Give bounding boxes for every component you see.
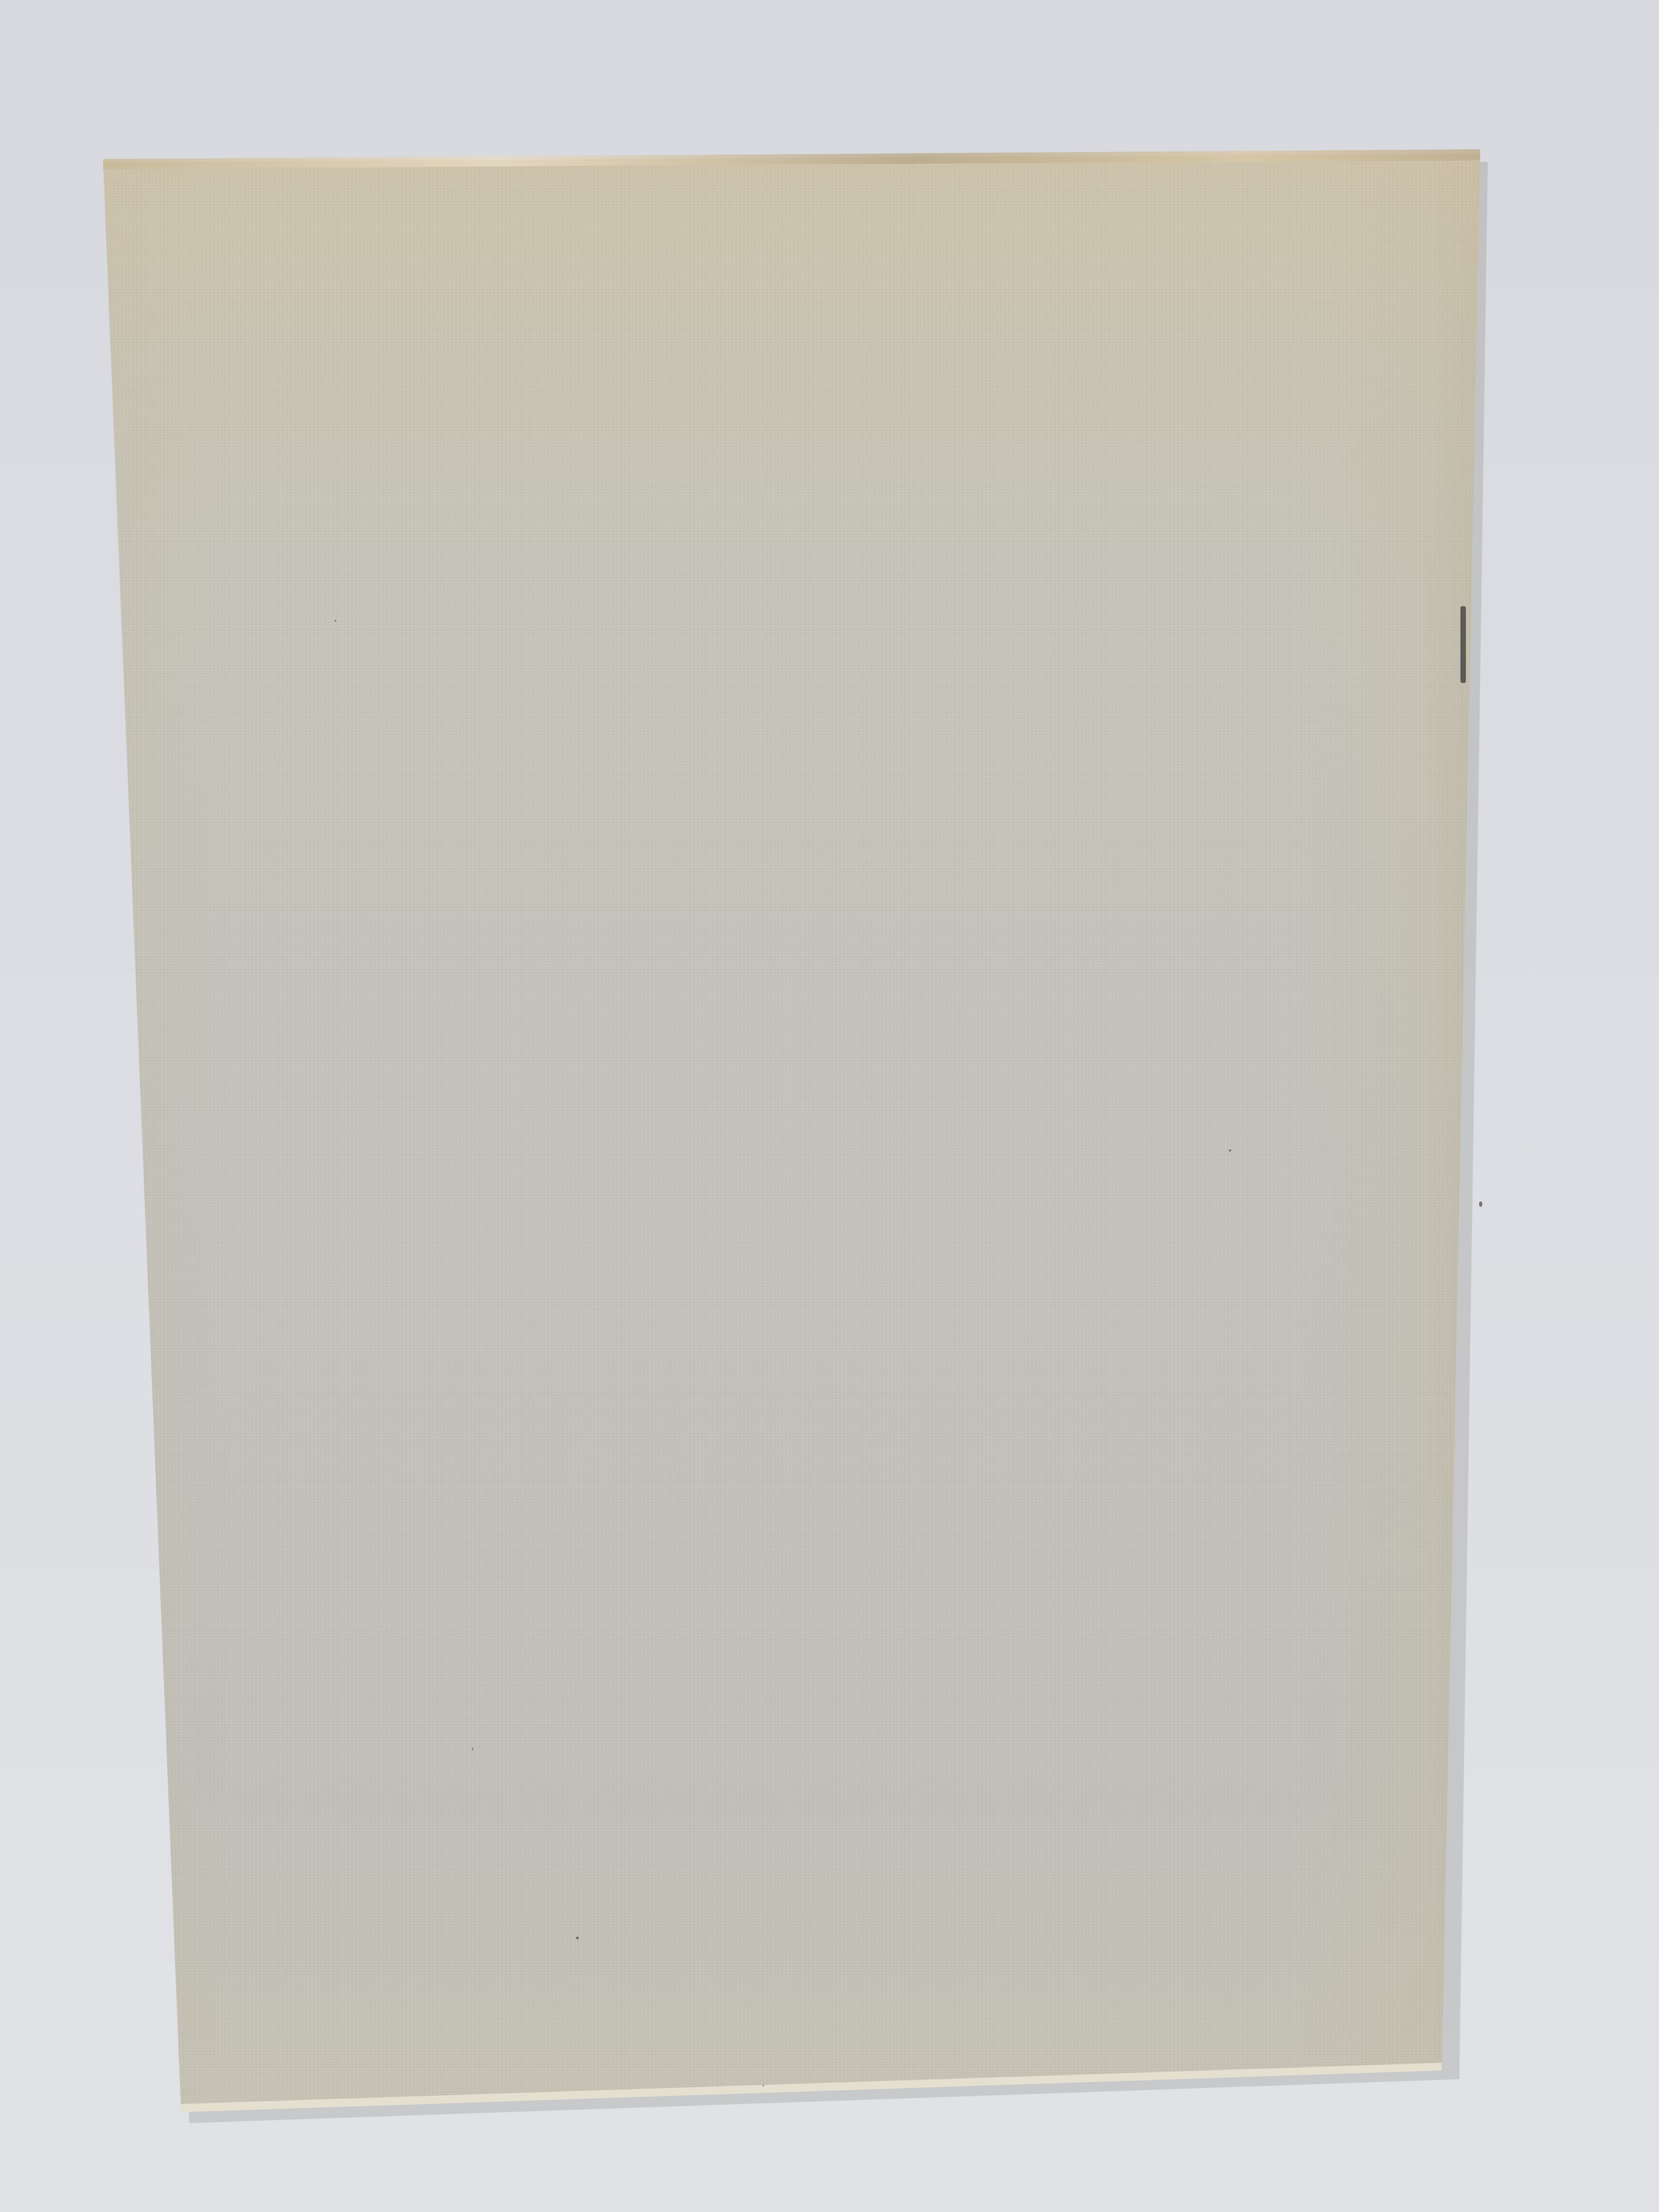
paper-speck (576, 1937, 579, 1939)
paper-speck (1479, 1201, 1482, 1207)
paper-speck (763, 2085, 764, 2086)
paper-speck (472, 1747, 473, 1751)
photo-scene (0, 0, 1659, 2212)
paper-texture (0, 0, 1659, 2212)
paper-speck (335, 620, 336, 622)
spine-gap-shadow (1460, 606, 1466, 683)
paper-speck (1229, 1149, 1231, 1152)
